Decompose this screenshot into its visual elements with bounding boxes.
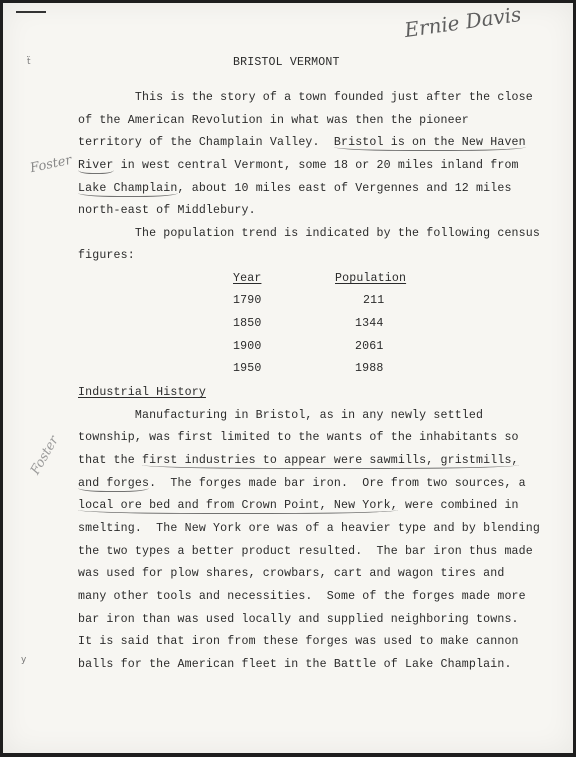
paragraph-line: and forges. The forges made bar iron. Or… xyxy=(78,477,526,491)
margin-tick-mark: ẗ xyxy=(27,57,31,67)
column-header-year: Year xyxy=(233,272,261,286)
text-run: territory of the Champlain Valley. xyxy=(78,136,334,149)
paragraph-line: that the first industries to appear were… xyxy=(78,454,519,468)
paragraph-line: north-east of Middlebury. xyxy=(78,204,256,218)
paragraph-line: township, was first limited to the wants… xyxy=(78,431,519,445)
paragraph-line: territory of the Champlain Valley. Brist… xyxy=(78,136,526,150)
paragraph-line: Manufacturing in Bristol, as in any newl… xyxy=(78,409,483,423)
census-year: 1790 xyxy=(233,294,261,308)
pencil-underlined-text: first industries to appear were sawmills… xyxy=(142,454,519,469)
paragraph-line: local ore bed and from Crown Point, New … xyxy=(78,499,519,513)
text-run: , about 10 miles east of Vergennes and 1… xyxy=(178,182,512,195)
pencil-underlined-text: Bristol is on the New Haven xyxy=(334,136,526,151)
scan-bottom-margin xyxy=(0,757,576,765)
section-heading: Industrial History xyxy=(78,386,206,400)
paragraph-line: figures: xyxy=(78,249,135,263)
pencil-underlined-text: River xyxy=(78,159,114,174)
paragraph-line: The population trend is indicated by the… xyxy=(78,227,540,241)
pencil-underlined-text: local ore bed and from Crown Point, New … xyxy=(78,499,398,514)
paragraph-line: was used for plow shares, crowbars, cart… xyxy=(78,567,504,581)
text-run: . The forges made bar iron. Ore from two… xyxy=(149,477,526,490)
census-population: 1988 xyxy=(355,362,383,376)
paragraph-line: balls for the American fleet in the Batt… xyxy=(78,658,512,672)
text-run: in west central Vermont, some 18 or 20 m… xyxy=(114,159,519,172)
paragraph-line: This is the story of a town founded just… xyxy=(78,91,533,105)
paragraph-line: River in west central Vermont, some 18 o… xyxy=(78,159,519,173)
pencil-underlined-text: Lake Champlain xyxy=(78,182,178,197)
document-title: BRISTOL VERMONT xyxy=(233,56,340,70)
paragraph-line: It is said that iron from these forges w… xyxy=(78,635,519,649)
paragraph-line: smelting. The New York ore was of a heav… xyxy=(78,522,540,536)
census-population: 1344 xyxy=(355,317,383,331)
text-run: that the xyxy=(78,454,142,467)
census-population: 211 xyxy=(363,294,384,308)
pencil-underlined-text: and forges xyxy=(78,477,149,492)
census-year: 1900 xyxy=(233,340,261,354)
text-run: were combined in xyxy=(398,499,519,512)
column-header-population: Population xyxy=(335,272,406,286)
paragraph-line: of the American Revolution in what was t… xyxy=(78,114,469,128)
census-year: 1850 xyxy=(233,317,261,331)
paragraph-line: bar iron than was used locally and suppl… xyxy=(78,613,519,627)
paragraph-line: many other tools and necessities. Some o… xyxy=(78,590,526,604)
census-population: 2061 xyxy=(355,340,383,354)
paragraph-line: the two types a better product resulted.… xyxy=(78,545,533,559)
margin-dash-mark xyxy=(16,11,46,13)
margin-tick-mark: y xyxy=(21,655,26,665)
paragraph-line: Lake Champlain, about 10 miles east of V… xyxy=(78,182,512,196)
census-year: 1950 xyxy=(233,362,261,376)
